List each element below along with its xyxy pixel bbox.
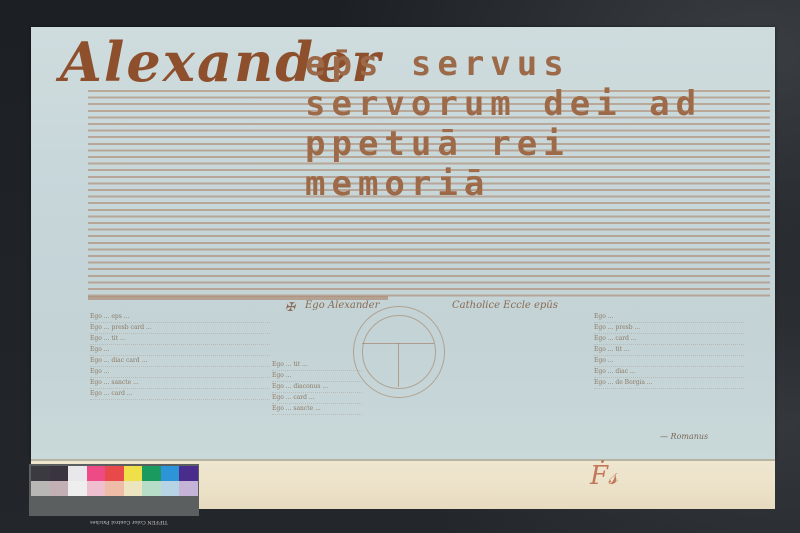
color-patch bbox=[124, 481, 143, 496]
signature-line: Ego ... diac card ... bbox=[90, 356, 270, 367]
signature-line: Ego ... presb card ... bbox=[90, 323, 270, 334]
signature-line: Ego ... bbox=[90, 367, 270, 378]
signature-line: Ego ... sancte ... bbox=[272, 404, 362, 415]
color-patch bbox=[87, 481, 106, 496]
color-patch bbox=[105, 481, 124, 496]
scribe-signature: Ḟ𝓈 bbox=[590, 461, 618, 492]
signature-line: Ego ... presb ... bbox=[594, 323, 744, 334]
color-patch bbox=[50, 466, 69, 481]
rota-vertical-line bbox=[398, 343, 399, 387]
color-patch bbox=[68, 481, 87, 496]
color-patch bbox=[68, 466, 87, 481]
signature-line: Ego ... sancte ... bbox=[90, 378, 270, 389]
rota-seal-circle bbox=[353, 306, 445, 398]
color-chart-label: TIFFEN Color Control Patches bbox=[90, 519, 168, 525]
signature-line: Ego ... bbox=[594, 312, 744, 323]
color-patch bbox=[31, 466, 50, 481]
document-title: Alexander ep̄s servus servorum dei ad pp… bbox=[60, 30, 760, 90]
signature-line: Ego ... bbox=[272, 371, 362, 382]
fold-line bbox=[31, 459, 775, 461]
rota-inner-circle bbox=[362, 315, 436, 389]
signature-line: Ego ... bbox=[594, 356, 744, 367]
cross-icon: ✠ bbox=[285, 300, 295, 314]
cardinal-signatures-left: Ego ... eps ... Ego ... presb card ... E… bbox=[90, 312, 270, 400]
color-patch bbox=[161, 481, 180, 496]
color-patch bbox=[31, 481, 50, 496]
signature-line: Ego ... tit ... bbox=[594, 345, 744, 356]
color-patch bbox=[142, 466, 161, 481]
document-body-text bbox=[88, 90, 770, 300]
papal-subscription-right: Catholice Eccle epūs bbox=[452, 300, 558, 311]
bottom-note: — Romanus bbox=[660, 432, 708, 441]
signature-line: Ego ... de Borgia ... bbox=[594, 378, 744, 389]
color-calibration-chart bbox=[29, 464, 199, 516]
color-patch bbox=[179, 466, 198, 481]
cardinal-signatures-right: Ego ... Ego ... presb ... Ego ... card .… bbox=[594, 312, 744, 389]
color-patch bbox=[179, 481, 198, 496]
signature-line: Ego ... diac ... bbox=[594, 367, 744, 378]
signature-line: Ego ... card ... bbox=[272, 393, 362, 404]
papal-subscription: Ego Alexander bbox=[305, 300, 379, 311]
signature-line: Ego ... eps ... bbox=[90, 312, 270, 323]
signature-line: Ego ... diaconus ... bbox=[272, 382, 362, 393]
color-patch bbox=[50, 481, 69, 496]
color-patch bbox=[161, 466, 180, 481]
color-patch bbox=[142, 481, 161, 496]
signature-line: Ego ... card ... bbox=[594, 334, 744, 345]
color-patch bbox=[87, 466, 106, 481]
color-patch bbox=[105, 466, 124, 481]
signature-line: Ego ... bbox=[90, 345, 270, 356]
color-patch bbox=[124, 466, 143, 481]
signature-line: Ego ... card ... bbox=[90, 389, 270, 400]
cardinal-signatures-center: Ego ... tit ... Ego ... Ego ... diaconus… bbox=[272, 360, 362, 415]
signature-line: Ego ... tit ... bbox=[90, 334, 270, 345]
signature-line: Ego ... tit ... bbox=[272, 360, 362, 371]
